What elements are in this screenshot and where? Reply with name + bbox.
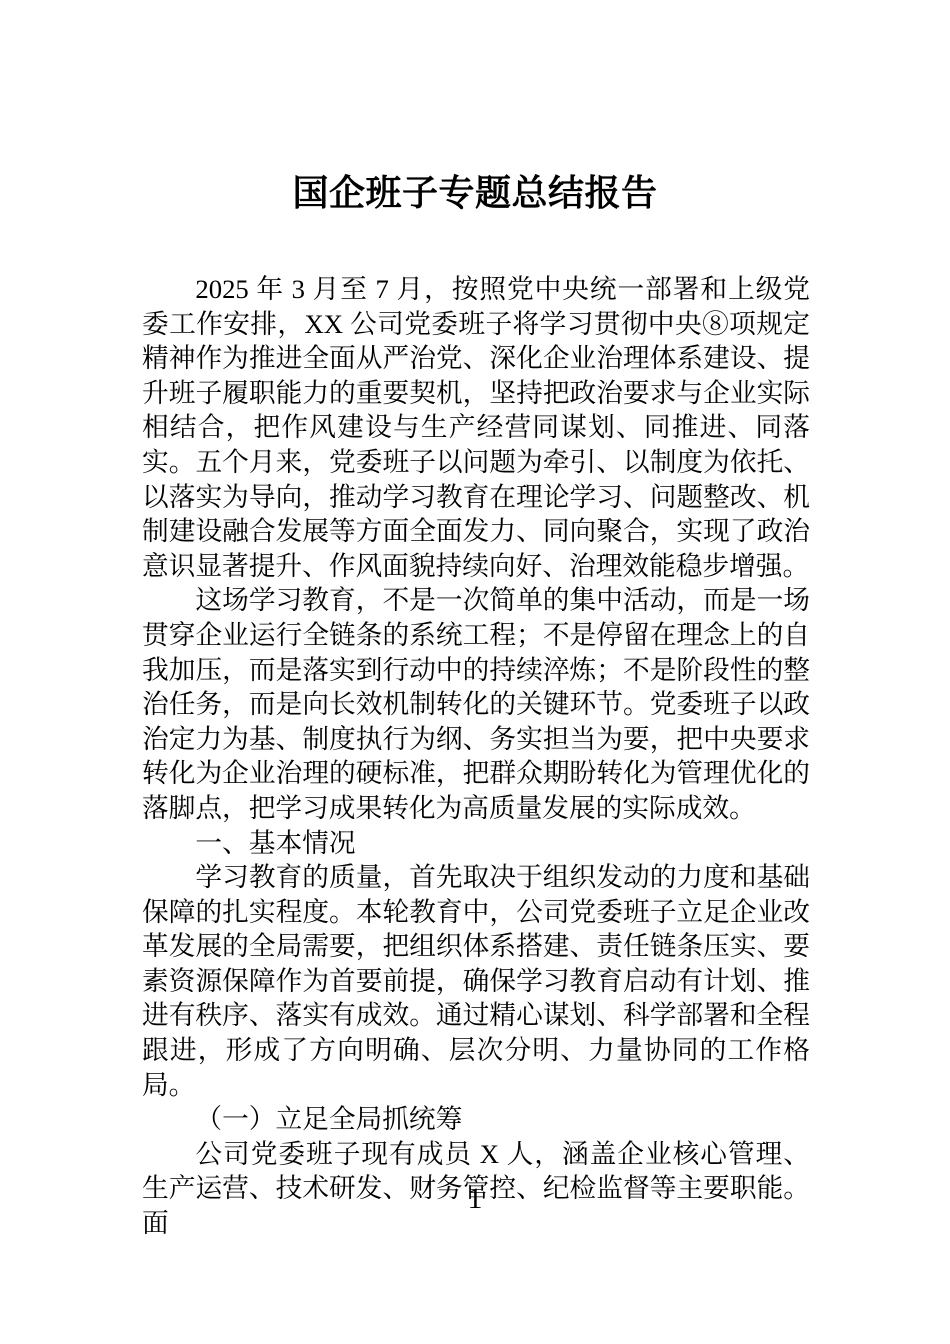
document-body: 2025 年 3 月至 7 月，按照党中央统一部署和上级党委工作安排，XX 公司…: [142, 272, 810, 1241]
paragraph-section-quality: 学习教育的质量，首先取决于组织发动的力度和基础保障的扎实程度。本轮教育中，公司党…: [142, 860, 810, 1102]
paragraph-intro-overview: 2025 年 3 月至 7 月，按照党中央统一部署和上级党委工作安排，XX 公司…: [142, 272, 810, 583]
document-page: 国企班子专题总结报告 2025 年 3 月至 7 月，按照党中央统一部署和上级党…: [0, 0, 950, 1344]
paragraph-intro-significance: 这场学习教育，不是一次简单的集中活动，而是一场贯穿企业运行全链条的系统工程；不是…: [142, 583, 810, 825]
section-heading-basic-situation: 一、基本情况: [142, 826, 810, 861]
subsection-heading-overall-planning: （一）立足全局抓统筹: [142, 1102, 810, 1137]
page-number: 1: [0, 1183, 950, 1215]
document-title: 国企班子专题总结报告: [0, 0, 950, 214]
